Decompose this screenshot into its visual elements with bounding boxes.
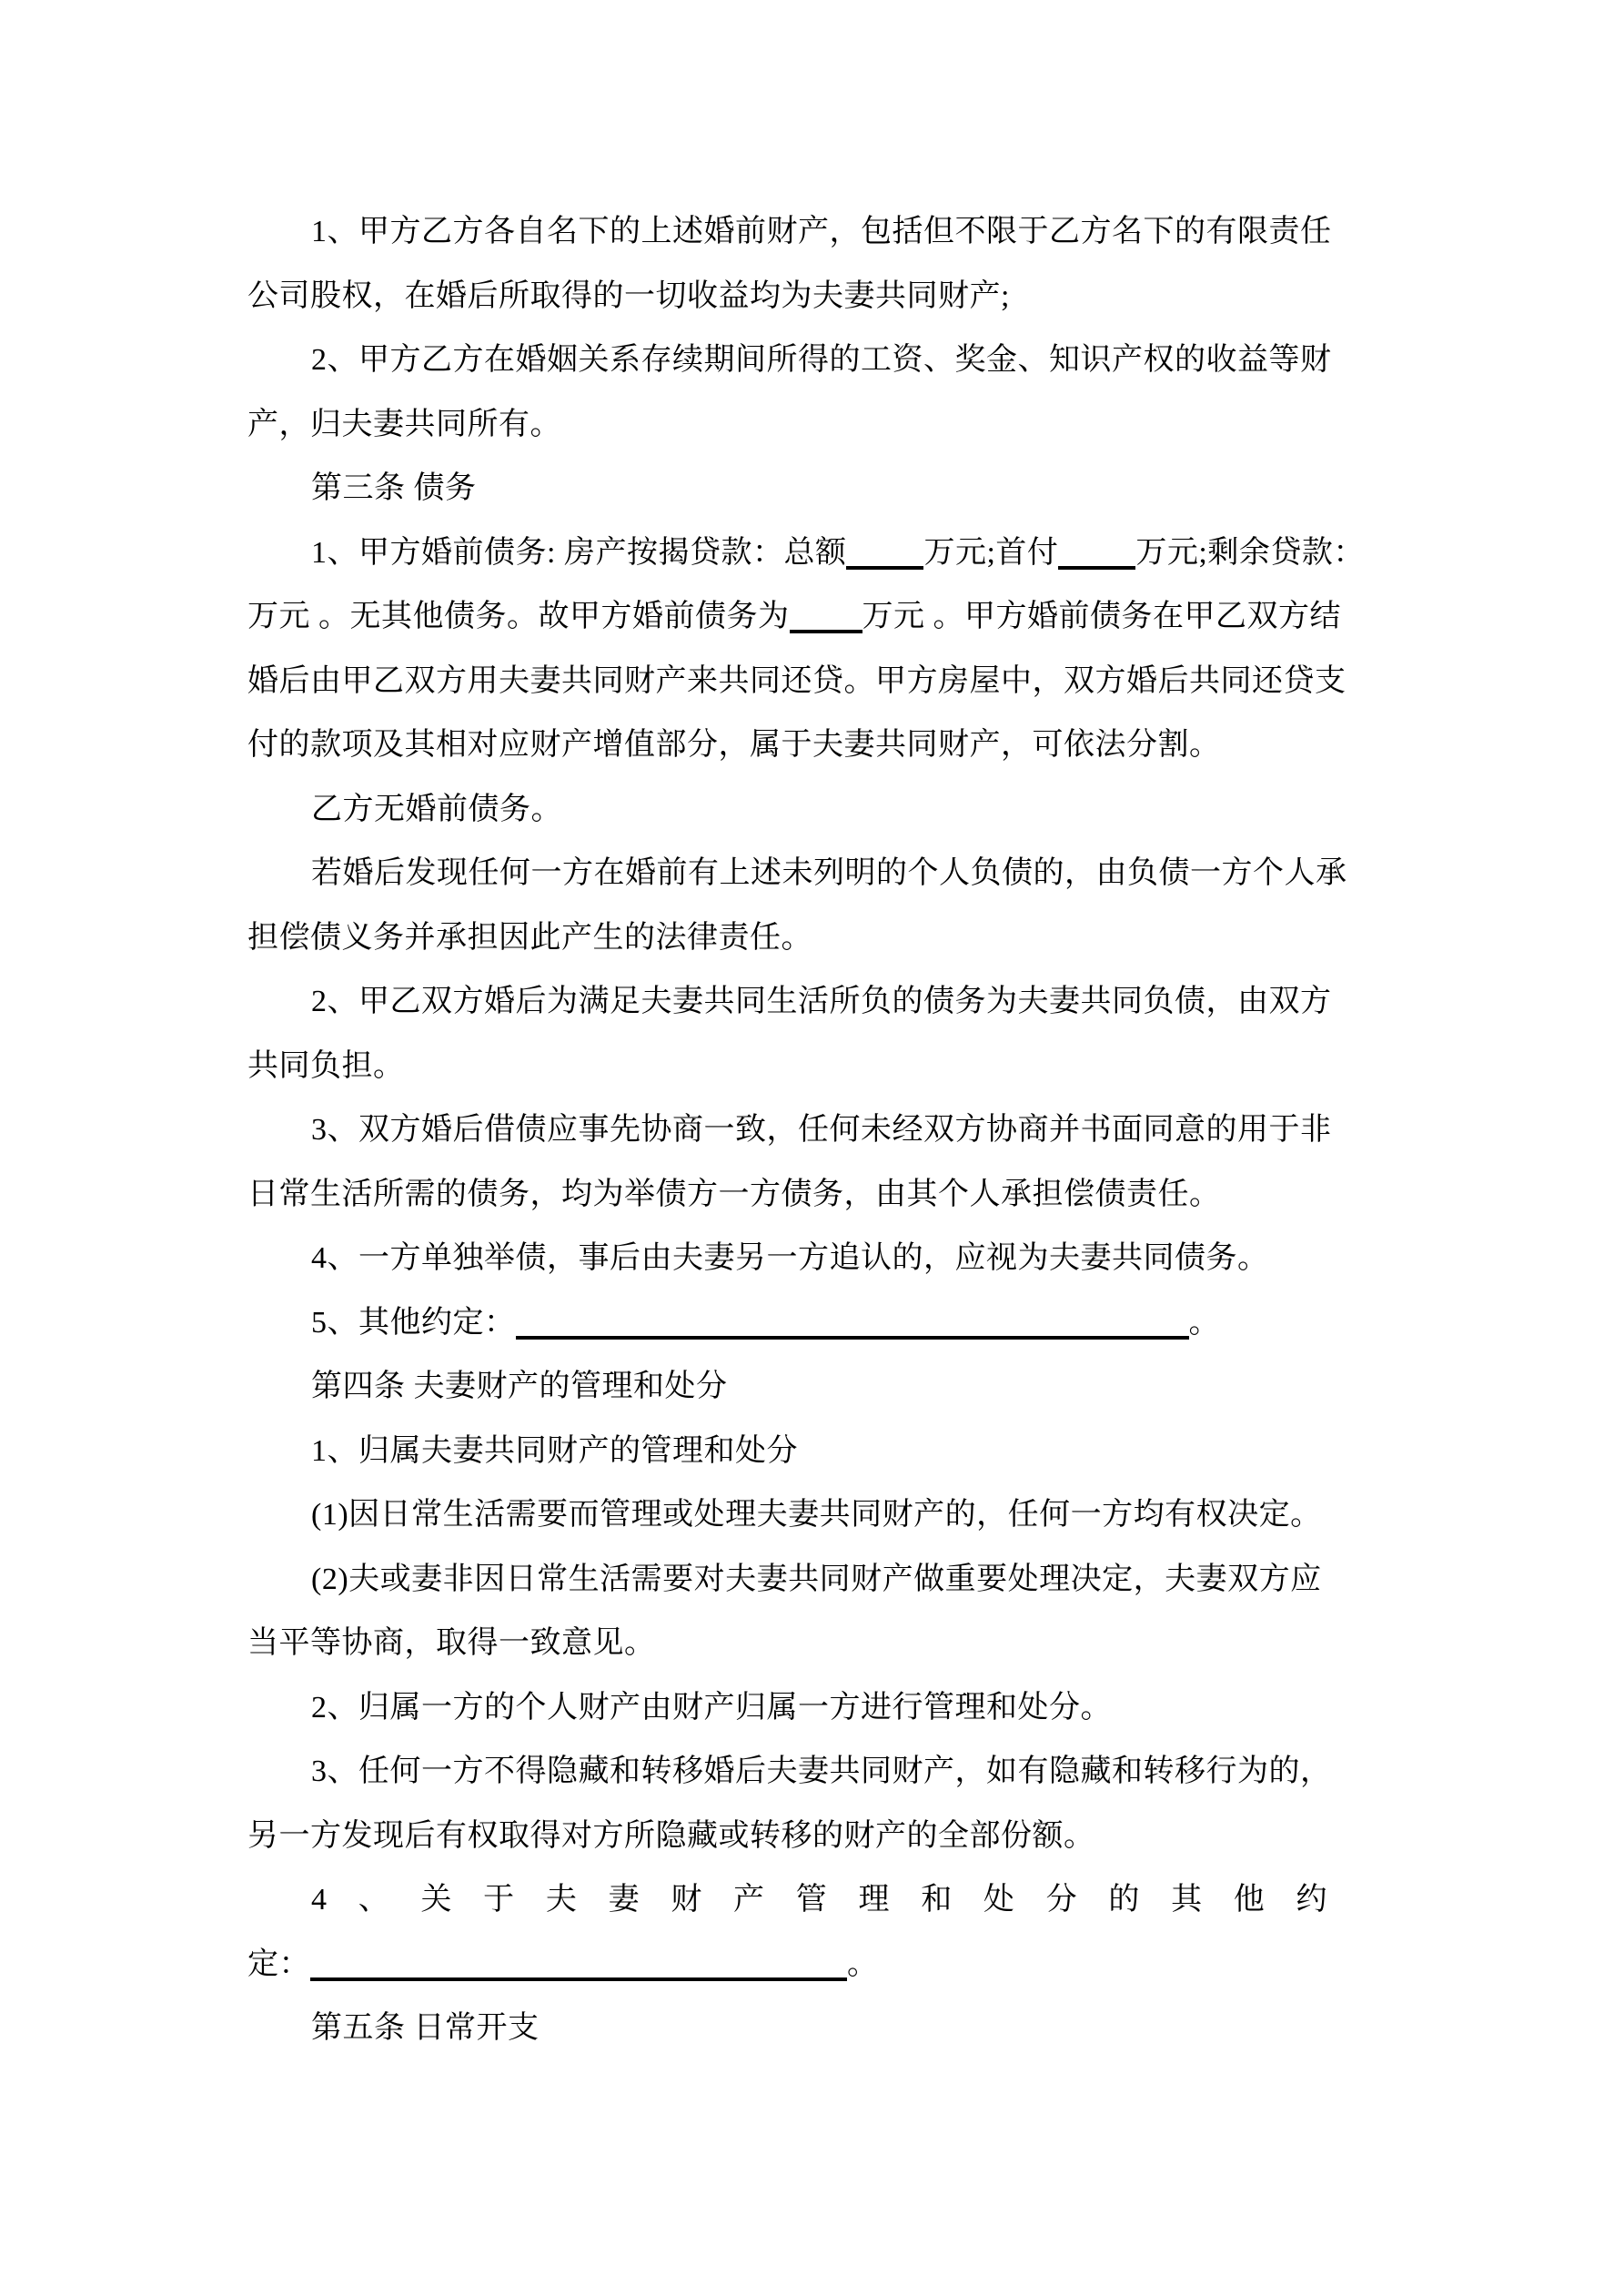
- text-run: 管: [796, 1868, 828, 1933]
- text-run: 担偿债义务并承担因此产生的法律责任。: [247, 921, 812, 955]
- text-run: 其: [1171, 1868, 1203, 1933]
- document-line: 第四条 夫妻财产的管理和处分: [247, 1355, 1377, 1420]
- document-line: 万元 。无其他债务。故甲方婚前债务为万元 。甲方婚前债务在甲乙双方结: [247, 585, 1377, 650]
- fill-in-blank: [516, 1309, 1189, 1340]
- document-line: 1、甲方乙方各自名下的上述婚前财产，包括但不限于乙方名下的有限责任: [247, 200, 1377, 265]
- document-line: 公司股权，在婚后所取得的一切收益均为夫妻共同财产;: [247, 265, 1377, 329]
- text-run: 1、甲方乙方各自名下的上述婚前财产，包括但不限于乙方名下的有限责任: [311, 215, 1332, 248]
- document-line: 日常生活所需的债务，均为举债方一方债务，由其个人承担偿债责任。: [247, 1163, 1377, 1228]
- document-line: (1)因日常生活需要而管理或处理夫妻共同财产的，任何一方均有权决定。: [247, 1483, 1377, 1548]
- text-run: 于: [483, 1868, 515, 1933]
- text-run: 他: [1234, 1868, 1266, 1933]
- text-run: 万元;剩余贷款：: [1135, 536, 1364, 570]
- text-run: 2、归属一方的个人财产由财产归属一方进行管理和处分。: [311, 1691, 1112, 1725]
- fill-in-blank: [846, 539, 923, 570]
- document-line: (2)夫或妻非因日常生活需要对夫妻共同财产做重要处理决定，夫妻双方应: [247, 1548, 1377, 1613]
- text-run: 产: [733, 1868, 765, 1933]
- document-line: 定：。: [247, 1933, 1377, 1998]
- document-line: 付的款项及其相对应财产增值部分，属于夫妻共同财产，可依法分割。: [247, 713, 1377, 778]
- document-line: 2、甲乙双方婚后为满足夫妻共同生活所负的债务为夫妻共同负债，由双方: [247, 970, 1377, 1035]
- text-run: 。: [1189, 1306, 1221, 1340]
- text-run: 的: [1108, 1868, 1140, 1933]
- text-run: 万元 。无其他债务。故甲方婚前债务为: [247, 600, 790, 633]
- text-run: (2)夫或妻非因日常生活需要对夫妻共同财产做重要处理决定，夫妻双方应: [311, 1563, 1322, 1596]
- text-run: 和: [921, 1868, 953, 1933]
- text-run: 2、甲方乙方在婚姻关系存续期间所得的工资、奖金、知识产权的收益等财: [311, 343, 1332, 377]
- text-run: 定：: [247, 1947, 310, 1981]
- text-run: 婚后由甲乙双方用夫妻共同财产来共同还贷。甲方房屋中，双方婚后共同还贷支: [247, 664, 1347, 698]
- fill-in-blank: [310, 1950, 847, 1981]
- document-line: 乙方无婚前债务。: [247, 778, 1377, 843]
- text-run: 3、双方婚后借债应事先协商一致，任何未经双方协商并书面同意的用于非: [311, 1113, 1332, 1147]
- document-line: 另一方发现后有权取得对方所隐藏或转移的财产的全部份额。: [247, 1805, 1377, 1869]
- document-line: 担偿债义务并承担因此产生的法律责任。: [247, 906, 1377, 971]
- text-run: 公司股权，在婚后所取得的一切收益均为夫妻共同财产;: [247, 279, 1010, 313]
- document-line: 第五条 日常开支: [247, 1997, 1377, 2061]
- document-line: 4、一方单独举债，事后由夫妻另一方追认的，应视为夫妻共同债务。: [247, 1227, 1377, 1291]
- text-run: 第五条 日常开支: [311, 2011, 540, 2045]
- document-line: 5、其他约定：。: [247, 1291, 1377, 1356]
- text-run: 妻: [609, 1868, 641, 1933]
- document-content: 1、甲方乙方各自名下的上述婚前财产，包括但不限于乙方名下的有限责任公司股权，在婚…: [247, 200, 1377, 2061]
- text-run: 共同负担。: [247, 1049, 405, 1083]
- text-run: 。: [847, 1947, 879, 1981]
- document-line: 1、归属夫妻共同财产的管理和处分: [247, 1420, 1377, 1484]
- text-run: 产，归夫妻共同所有。: [247, 408, 561, 441]
- text-run: 4、一方单独举债，事后由夫妻另一方追认的，应视为夫妻共同债务。: [311, 1241, 1269, 1275]
- document-line: 第三条 债务: [247, 457, 1377, 521]
- document-line: 2、甲方乙方在婚姻关系存续期间所得的工资、奖金、知识产权的收益等财: [247, 329, 1377, 393]
- document-viewer: { "page": { "background": "#ffffff", "te…: [0, 0, 1624, 2296]
- text-run: 、: [358, 1868, 390, 1933]
- document-line: 婚后由甲乙双方用夫妻共同财产来共同还贷。甲方房屋中，双方婚后共同还贷支: [247, 650, 1377, 714]
- text-run: 3、任何一方不得隐藏和转移婚后夫妻共同财产，如有隐藏和转移行为的，: [311, 1755, 1332, 1788]
- text-run: 乙方无婚前债务。: [311, 793, 562, 826]
- text-run: 1、甲方婚前债务: 房产按揭贷款：总额: [311, 536, 846, 570]
- fill-in-blank: [790, 602, 862, 633]
- document-line: 2、归属一方的个人财产由财产归属一方进行管理和处分。: [247, 1676, 1377, 1741]
- text-run: 若婚后发现任何一方在婚前有上述未列明的个人负债的，由负债一方个人承: [311, 856, 1347, 890]
- text-run: 1、归属夫妻共同财产的管理和处分: [311, 1434, 798, 1468]
- text-run: 万元 。甲方婚前债务在甲乙双方结: [862, 600, 1342, 633]
- text-run: 4: [311, 1868, 328, 1933]
- text-run: 关: [420, 1868, 452, 1933]
- text-run: 财: [671, 1868, 702, 1933]
- text-run: 第三条 债务: [311, 471, 477, 505]
- document-line: 3、任何一方不得隐藏和转移婚后夫妻共同财产，如有隐藏和转移行为的，: [247, 1740, 1377, 1805]
- document-line: 4、关于夫妻财产管理和处分的其他约: [247, 1868, 1377, 1933]
- document-line: 1、甲方婚前债务: 房产按揭贷款：总额万元;首付万元;剩余贷款：: [247, 521, 1377, 586]
- fill-in-blank: [1058, 539, 1135, 570]
- document-page: 1、甲方乙方各自名下的上述婚前财产，包括但不限于乙方名下的有限责任公司股权，在婚…: [0, 0, 1624, 2296]
- text-run: 另一方发现后有权取得对方所隐藏或转移的财产的全部份额。: [247, 1819, 1095, 1853]
- document-line: 当平等协商，取得一致意见。: [247, 1612, 1377, 1676]
- text-run: 日常生活所需的债务，均为举债方一方债务，由其个人承担偿债责任。: [247, 1178, 1221, 1211]
- text-run: 2、甲乙双方婚后为满足夫妻共同生活所负的债务为夫妻共同负债，由双方: [311, 985, 1332, 1018]
- text-run: 万元;首付: [923, 536, 1058, 570]
- text-run: (1)因日常生活需要而管理或处理夫妻共同财产的，任何一方均有权决定。: [311, 1498, 1322, 1532]
- text-run: 付的款项及其相对应财产增值部分，属于夫妻共同财产，可依法分割。: [247, 728, 1221, 762]
- document-line: 3、双方婚后借债应事先协商一致，任何未经双方协商并书面同意的用于非: [247, 1098, 1377, 1163]
- text-run: 当平等协商，取得一致意见。: [247, 1626, 656, 1660]
- document-line: 产，归夫妻共同所有。: [247, 393, 1377, 458]
- document-line: 共同负担。: [247, 1035, 1377, 1099]
- text-run: 5、其他约定：: [311, 1306, 516, 1340]
- text-run: 约: [1296, 1868, 1328, 1933]
- text-run: 夫: [546, 1868, 578, 1933]
- text-run: 处: [983, 1868, 1015, 1933]
- text-run: 第四条 夫妻财产的管理和处分: [311, 1370, 728, 1403]
- document-line: 若婚后发现任何一方在婚前有上述未列明的个人负债的，由负债一方个人承: [247, 842, 1377, 906]
- text-run: 分: [1046, 1868, 1078, 1933]
- text-run: 理: [858, 1868, 890, 1933]
